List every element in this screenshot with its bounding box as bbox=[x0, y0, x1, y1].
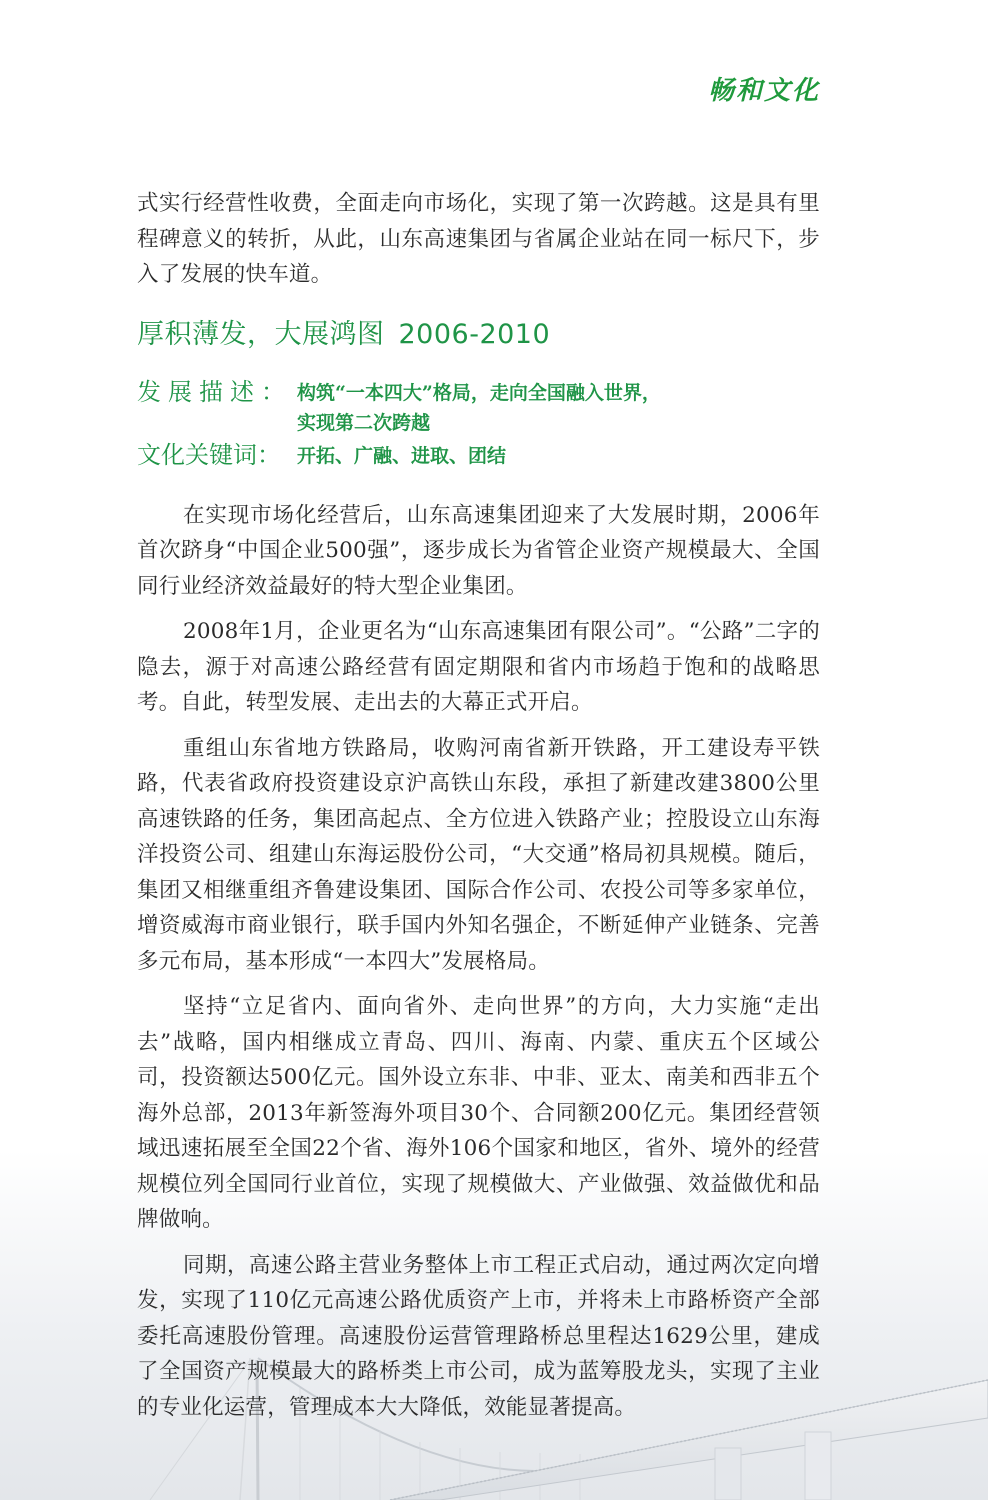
section-title-text: 厚积薄发，大展鸿图 bbox=[137, 319, 385, 350]
keywords-text: 开拓、广融、进取、团结 bbox=[297, 441, 506, 471]
keywords-label: 文化关键词： bbox=[137, 438, 297, 472]
keywords-row: 文化关键词： 开拓、广融、进取、团结 bbox=[137, 438, 820, 472]
body-paragraph: 同期，高速公路主营业务整体上市工程正式启动，通过两次定向增发，实现了110亿元高… bbox=[137, 1248, 820, 1426]
document-content: 式实行经营性收费，全面走向市场化，实现了第一次跨越。这是具有里程碑意义的转折，从… bbox=[137, 186, 820, 1425]
section-title: 厚积薄发，大展鸿图2006-2010 bbox=[137, 315, 820, 355]
intro-paragraph: 式实行经营性收费，全面走向市场化，实现了第一次跨越。这是具有里程碑意义的转折，从… bbox=[137, 186, 820, 293]
description-line: 实现第二次跨越 bbox=[297, 408, 661, 438]
description-value: 构筑“一本四大”格局，走向全国融入世界， 实现第二次跨越 bbox=[297, 375, 661, 438]
description-row: 发展描述： 构筑“一本四大”格局，走向全国融入世界， 实现第二次跨越 bbox=[137, 375, 820, 438]
section-years: 2006-2010 bbox=[399, 319, 551, 350]
body-paragraph: 在实现市场化经营后，山东高速集团迎来了大发展时期，2006年首次跻身“中国企业5… bbox=[137, 498, 820, 605]
body-paragraphs: 在实现市场化经营后，山东高速集团迎来了大发展时期，2006年首次跻身“中国企业5… bbox=[137, 498, 820, 1426]
body-paragraph: 2008年1月，企业更名为“山东高速集团有限公司”。“公路”二字的隐去，源于对高… bbox=[137, 614, 820, 721]
section-meta: 发展描述： 构筑“一本四大”格局，走向全国融入世界， 实现第二次跨越 文化关键词… bbox=[137, 375, 820, 472]
body-paragraph: 坚持“立足省内、面向省外、走向世界”的方向，大力实施“走出去”战略，国内相继成立… bbox=[137, 989, 820, 1238]
description-line: 构筑“一本四大”格局，走向全国融入世界， bbox=[297, 378, 661, 408]
description-label: 发展描述： bbox=[137, 375, 297, 409]
body-paragraph: 重组山东省地方铁路局，收购河南省新开铁路，开工建设寿平铁路，代表省政府投资建设京… bbox=[137, 731, 820, 980]
brand-logo-text: 畅和文化 bbox=[708, 70, 820, 107]
keywords-value: 开拓、广融、进取、团结 bbox=[297, 438, 506, 471]
